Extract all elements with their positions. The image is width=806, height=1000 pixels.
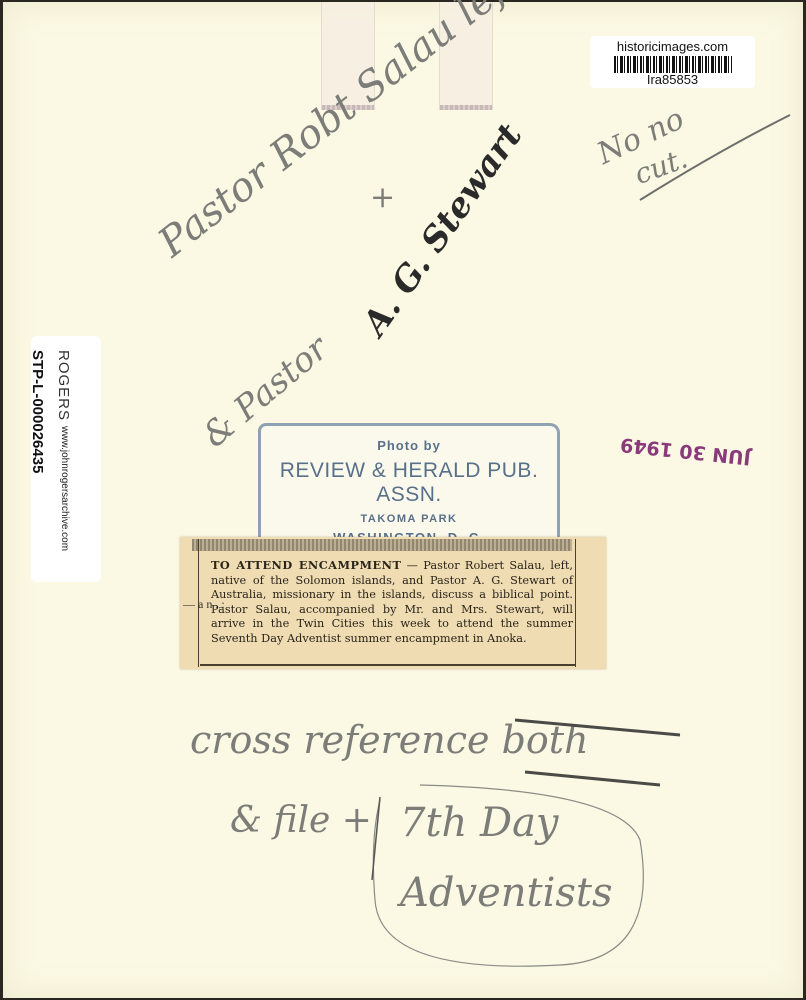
clipping-rule-bottom [200, 664, 576, 666]
clipping-rule-right [575, 539, 576, 667]
photographer-stamp: Photo by REVIEW & HERALD PUB. ASSN. TAKO… [258, 423, 560, 538]
stamp-city: TAKOMA PARK [261, 513, 557, 525]
clipping-headline: TO ATTEND ENCAMPMENT [211, 558, 401, 572]
clipping-caption: TO ATTEND ENCAMPMENT — Pastor Robert Sal… [211, 558, 573, 646]
newspaper-clipping: — a n . : TO ATTEND ENCAMPMENT — Pastor … [180, 537, 606, 669]
clipping-photo-edge [192, 539, 572, 551]
stamp-publisher: REVIEW & HERALD PUB. ASSN. [261, 459, 557, 507]
stamp-photo-by: Photo by [261, 438, 557, 453]
